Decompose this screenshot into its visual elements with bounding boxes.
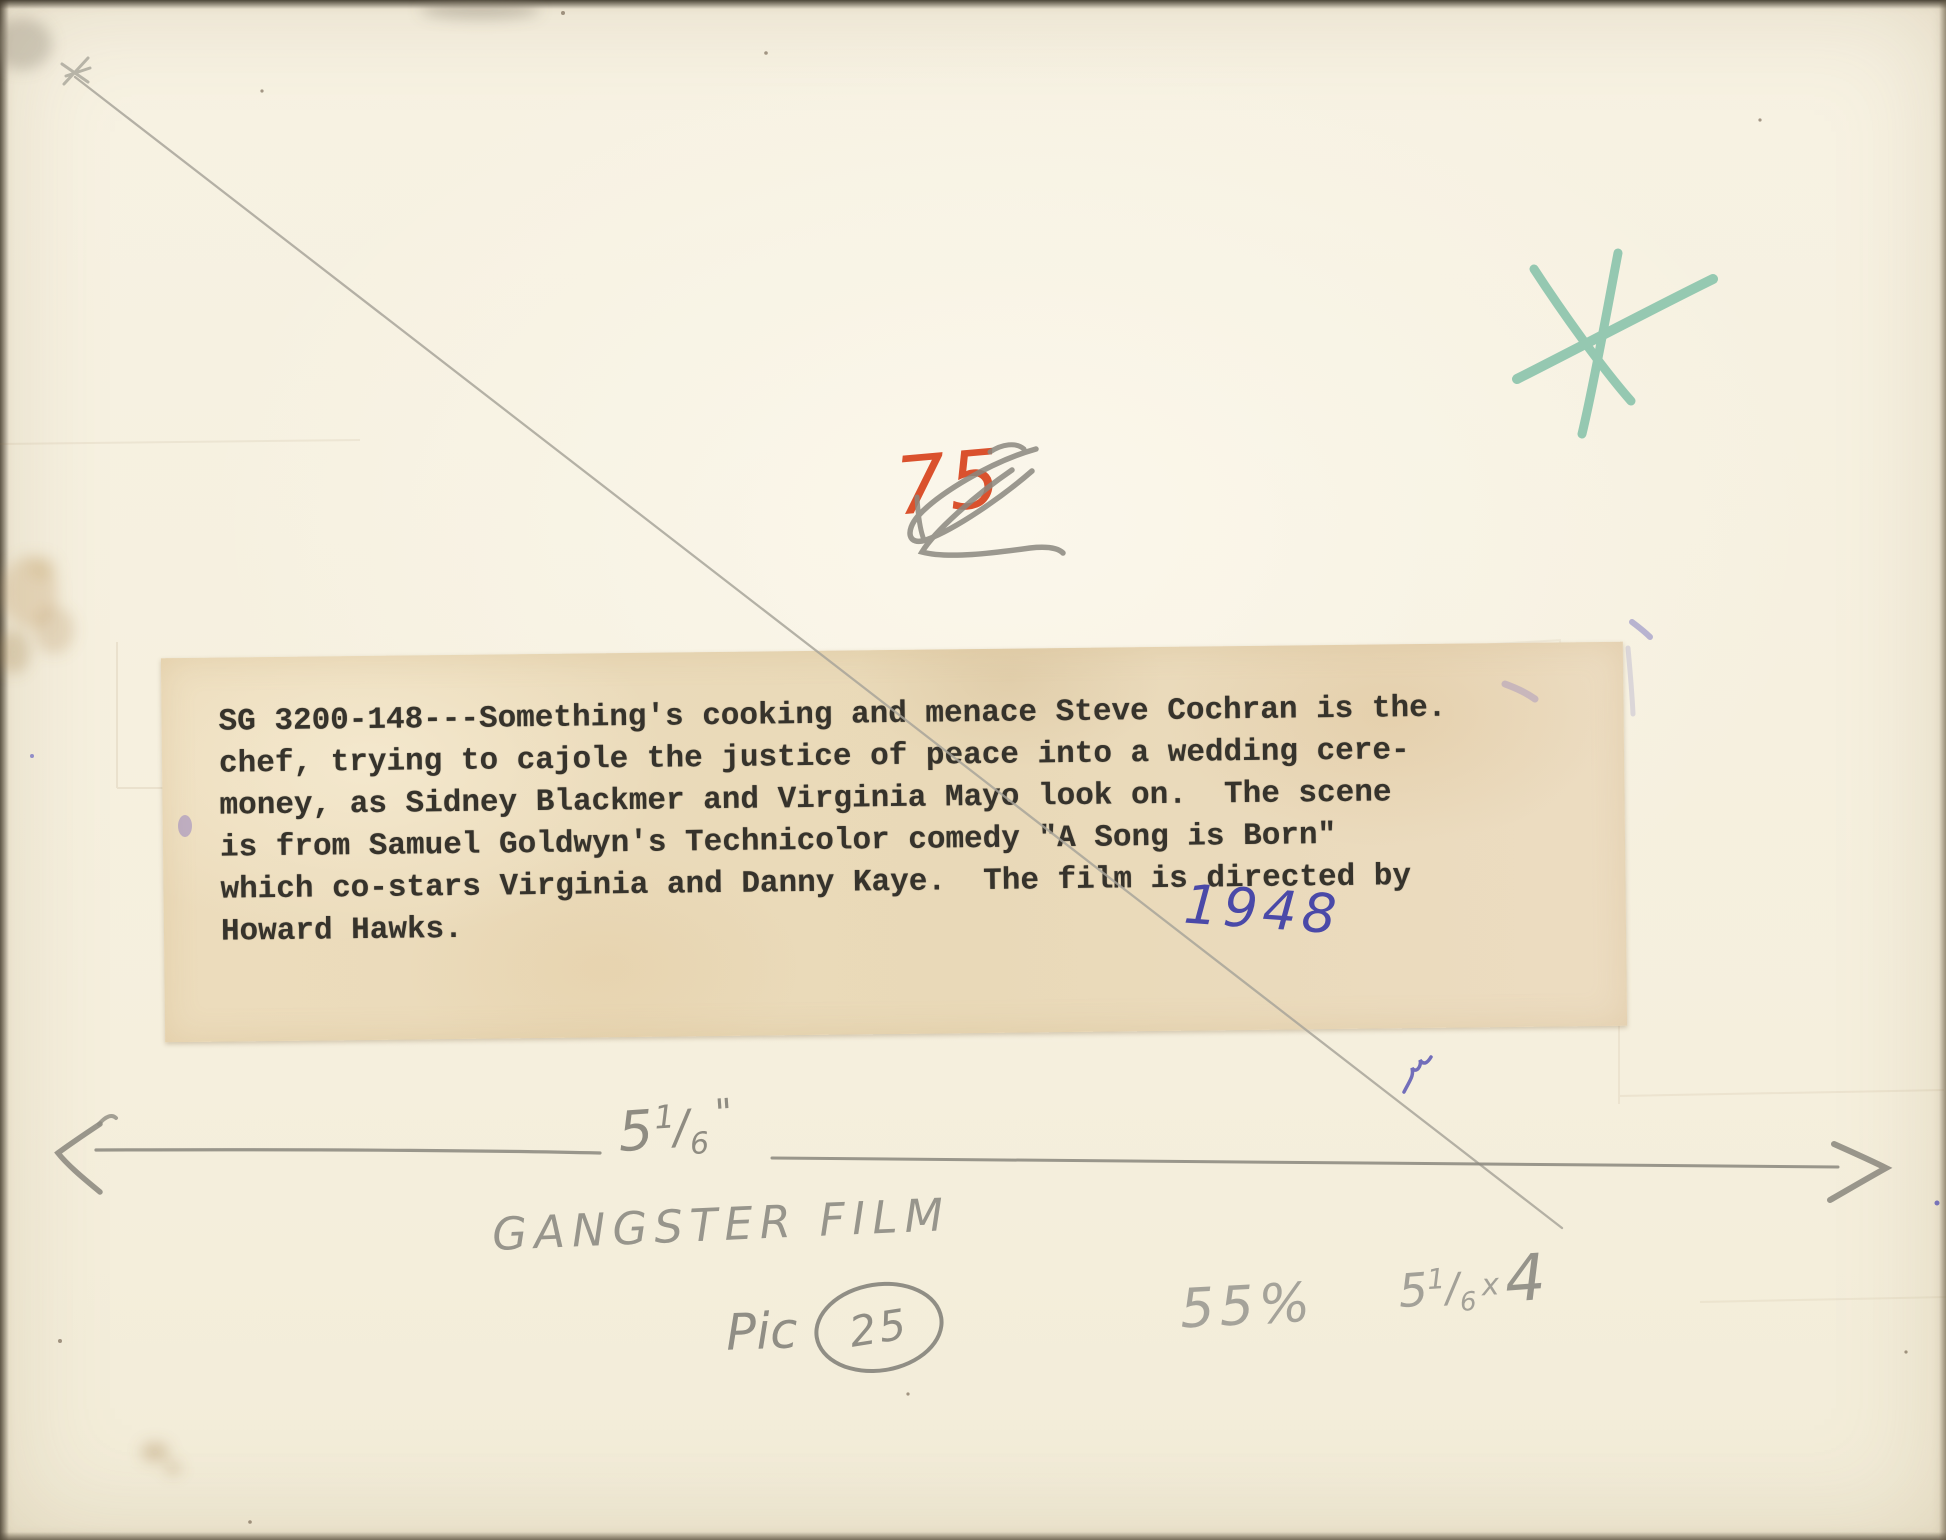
- width-measurement-note: 51/6": [616, 1092, 740, 1164]
- measure-denominator: 6: [689, 1126, 710, 1162]
- size-whole: 5: [1397, 1262, 1430, 1318]
- pic-number-note: Pic 25: [724, 1280, 945, 1378]
- measure-whole: 5: [616, 1098, 655, 1164]
- caption-label: SG 3200-148---Something's cooking and me…: [161, 642, 1627, 1043]
- percent-note: 55%: [1178, 1271, 1316, 1341]
- circled-number: 25: [807, 1273, 949, 1382]
- diagonal-pencil-line: [62, 58, 1562, 1228]
- year-ink-note: 1948: [1182, 873, 1343, 947]
- size-slash: /: [1444, 1265, 1461, 1312]
- photo-edge-right: [1939, 0, 1946, 1540]
- photo-edge-top: [0, 0, 1946, 9]
- size-denominator: 6: [1459, 1287, 1478, 1318]
- crossed-out-number: 75: [891, 431, 1006, 533]
- genre-note: GANGSTER FILM: [491, 1188, 951, 1261]
- measure-unit: ": [713, 1090, 738, 1135]
- size-times: x: [1480, 1267, 1500, 1303]
- pic-word: Pic: [725, 1301, 799, 1361]
- pic-number: 25: [845, 1299, 911, 1357]
- size-note: 51/6x4: [1396, 1239, 1548, 1323]
- photo-edge-left: [0, 0, 9, 1540]
- teal-crayon-asterisk: [1517, 253, 1713, 434]
- photo-edge-bottom: [0, 1532, 1946, 1540]
- measure-slash: /: [671, 1099, 690, 1154]
- measurement-arrow: [58, 1116, 1886, 1200]
- press-photo-verso: SG 3200-148---Something's cooking and me…: [0, 0, 1946, 1540]
- size-height: 4: [1502, 1241, 1548, 1318]
